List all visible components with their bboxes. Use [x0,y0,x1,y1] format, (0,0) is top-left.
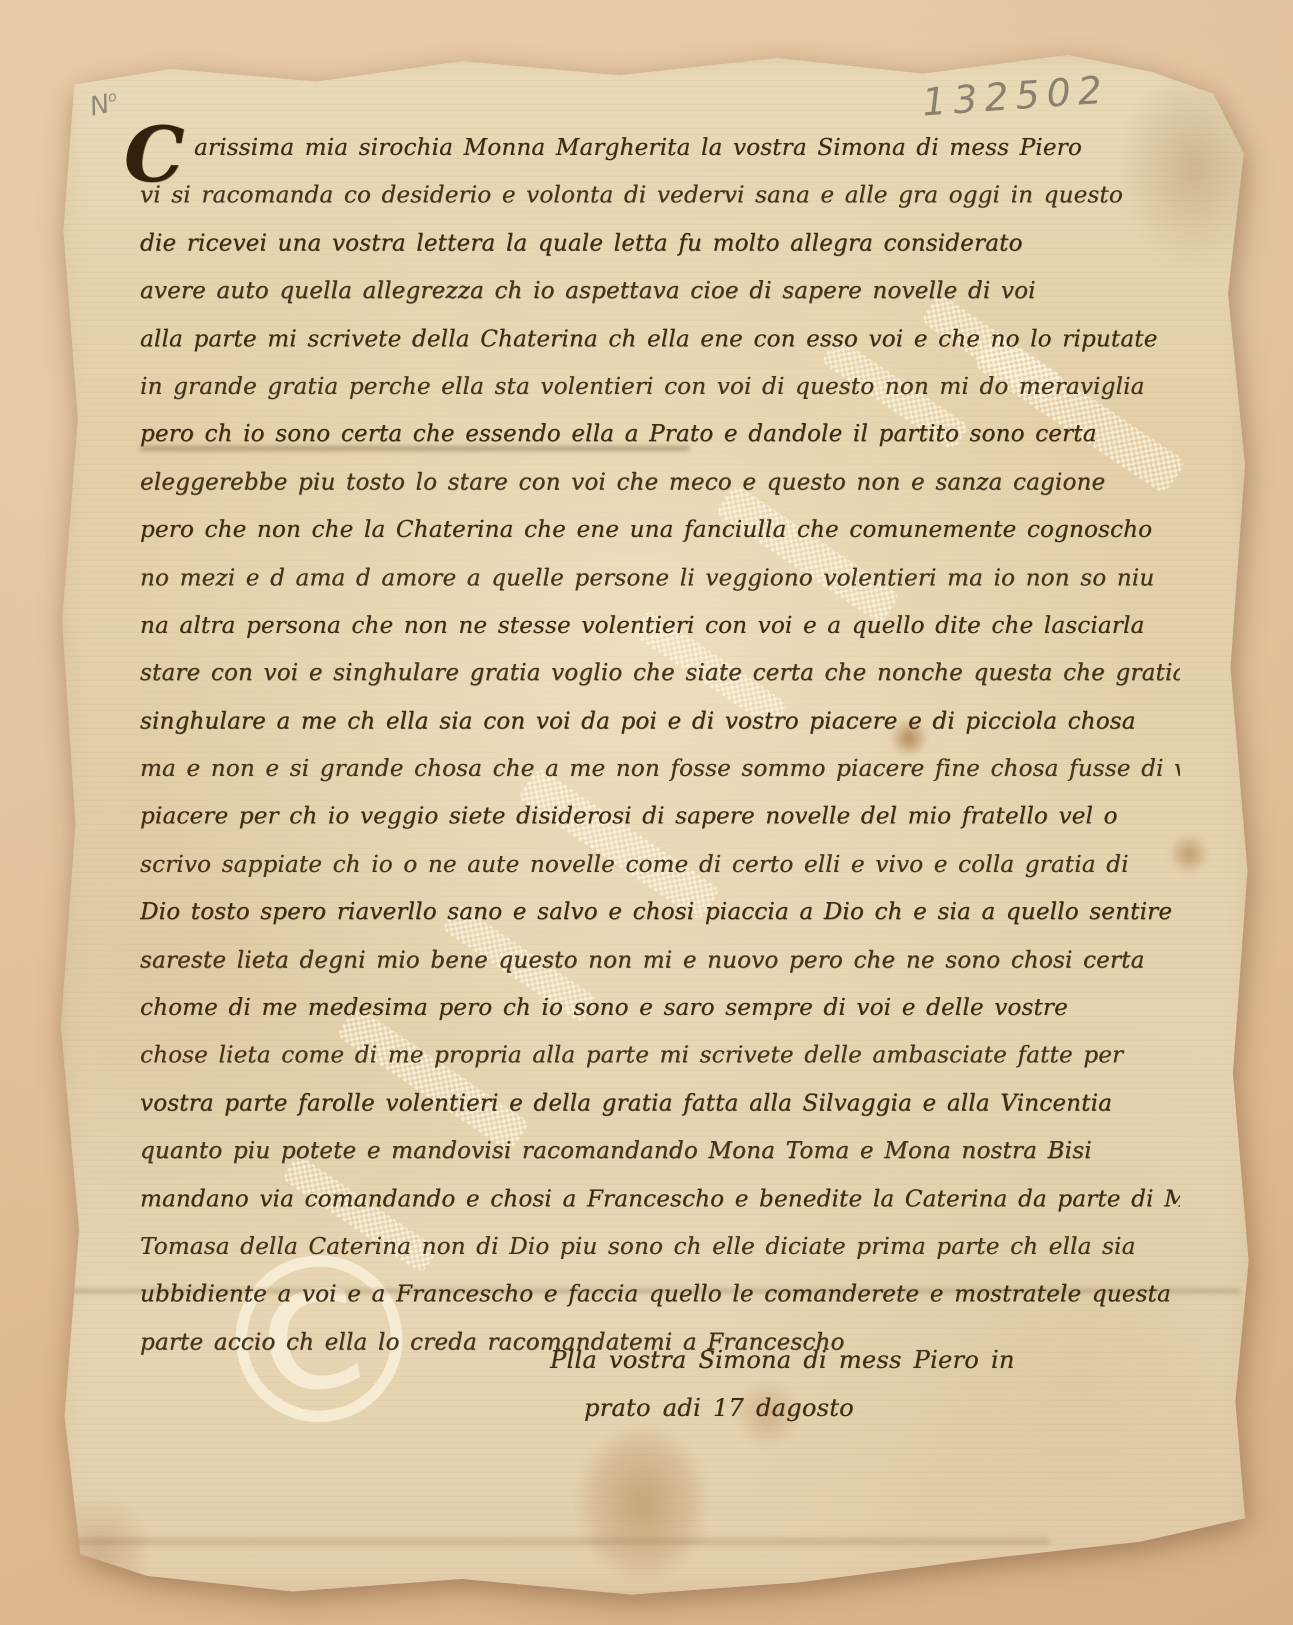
manuscript-line: chome di me medesima pero ch io sono e s… [140,984,1180,1032]
manuscript-line: sareste lieta degni mio bene questo non … [140,936,1180,984]
manuscript-line: na altra persona che non ne stesse volen… [140,602,1180,650]
manuscript-line: Dio tosto spero riaverllo sano e salvo e… [140,889,1180,937]
manuscript-line: eleggerebbe piu tosto lo stare con voi c… [140,458,1180,506]
manuscript-line: in grande gratia perche ella sta volenti… [140,363,1180,411]
letter-body: arissima mia sirochia Monna Margherita l… [140,124,1180,1366]
date-line: prato adi 17 dagosto [550,1384,1015,1432]
manuscript-line: quanto piu potete e mandovisi racomandan… [140,1127,1180,1175]
manuscript-line: ma e non e si grande chosa che a me non … [140,745,1180,793]
manuscript-line: alla parte mi scrivete della Chaterina c… [140,315,1180,363]
water-stain [555,1419,730,1625]
signature-block: Plla vostra Simona di mess Piero in prat… [550,1336,1015,1432]
photo-mat: No 132502 © C [0,0,1293,1625]
manuscript-line: mandano via comandando e chosi a Frances… [140,1175,1180,1223]
manuscript-line: pero che non che la Chaterina che ene un… [140,506,1180,554]
manuscript-line: arissima mia sirochia Monna Margherita l… [140,124,1180,172]
manuscript-line: avere auto quella allegrezza ch io aspet… [140,267,1180,315]
manuscript-line: piacere per ch io veggio siete disideros… [140,793,1180,841]
manuscript-line: stare con voi e singhulare gratia voglio… [140,650,1180,698]
manuscript-line: vostra parte farolle volentieri e della … [140,1080,1180,1128]
corner-annotation: No [87,87,121,122]
manuscript-page: No 132502 © C [50,44,1262,1604]
manuscript-line: vi si racomanda co desiderio e volonta d… [140,172,1180,220]
manuscript-line: chose lieta come di me propria alla part… [140,1032,1180,1080]
manuscript-line: Tomasa della Caterina non di Dio piu son… [140,1223,1180,1271]
archive-number: 132502 [921,68,1111,125]
paper-shadow-wrap: No 132502 © C [0,0,1293,1625]
signature-line: Plla vostra Simona di mess Piero in [550,1336,1015,1384]
manuscript-line: die ricevei una vostra lettera la quale … [140,220,1180,268]
manuscript-line: pero ch io sono certa che essendo ella a… [140,411,1180,459]
manuscript-line: singhulare a me ch ella sia con voi da p… [140,697,1180,745]
edge-stain [58,1484,143,1619]
manuscript-line: scrivo sappiate ch io o ne aute novelle … [140,841,1180,889]
manuscript-line: no mezi e d ama d amore a quelle persone… [140,554,1180,602]
manuscript-line: ubbidiente a voi e a Francescho e faccia… [140,1271,1180,1319]
corner-note-sup: o [106,89,118,106]
